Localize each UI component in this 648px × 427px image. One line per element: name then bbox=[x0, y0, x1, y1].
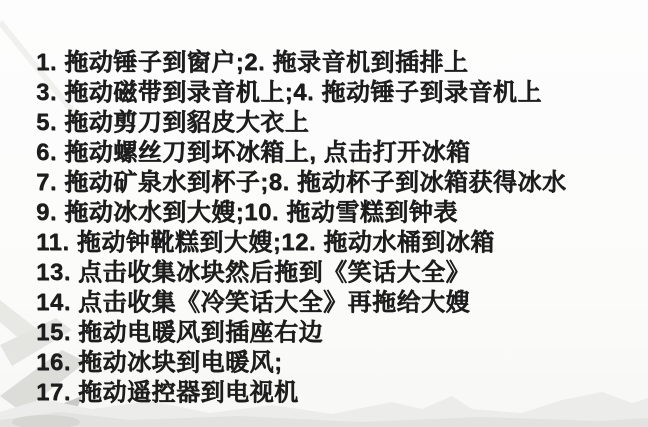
guide-line-9: 14. 点击收集《冷笑话大全》再拖给大嫂 bbox=[36, 288, 636, 318]
walkthrough-step-list: 1. 拖动锤子到窗户;2. 拖录音机到插排上 3. 拖动磁带到录音机上;4. 拖… bbox=[36, 48, 636, 408]
guide-line-6: 9. 拖动冰水到大嫂;10. 拖动雪糕到钟表 bbox=[36, 198, 636, 228]
guide-line-11: 16. 拖动冰块到电暖风; bbox=[36, 348, 636, 378]
guide-line-3: 5. 拖动剪刀到貂皮大衣上 bbox=[36, 108, 636, 138]
guide-line-12: 17. 拖动遥控器到电视机 bbox=[36, 378, 636, 408]
guide-line-5: 7. 拖动矿泉水到杯子;8. 拖动杯子到冰箱获得冰水 bbox=[36, 168, 636, 198]
mountain-range-icon bbox=[0, 412, 648, 427]
ink-blot-icon bbox=[12, 415, 80, 427]
guide-line-2: 3. 拖动磁带到录音机上;4. 拖动锤子到录音机上 bbox=[36, 78, 636, 108]
guide-line-4: 6. 拖动螺丝刀到坏冰箱上, 点击打开冰箱 bbox=[36, 138, 636, 168]
guide-line-7: 11. 拖动钟靴糕到大嫂;12. 拖动水桶到冰箱 bbox=[36, 228, 636, 258]
guide-line-8: 13. 点击收集冰块然后拖到《笑话大全》 bbox=[36, 258, 636, 288]
guide-line-10: 15. 拖动电暖风到插座右边 bbox=[36, 318, 636, 348]
game-guide-panel: 1. 拖动锤子到窗户;2. 拖录音机到插排上 3. 拖动磁带到录音机上;4. 拖… bbox=[0, 0, 648, 427]
guide-line-1: 1. 拖动锤子到窗户;2. 拖录音机到插排上 bbox=[36, 48, 636, 78]
